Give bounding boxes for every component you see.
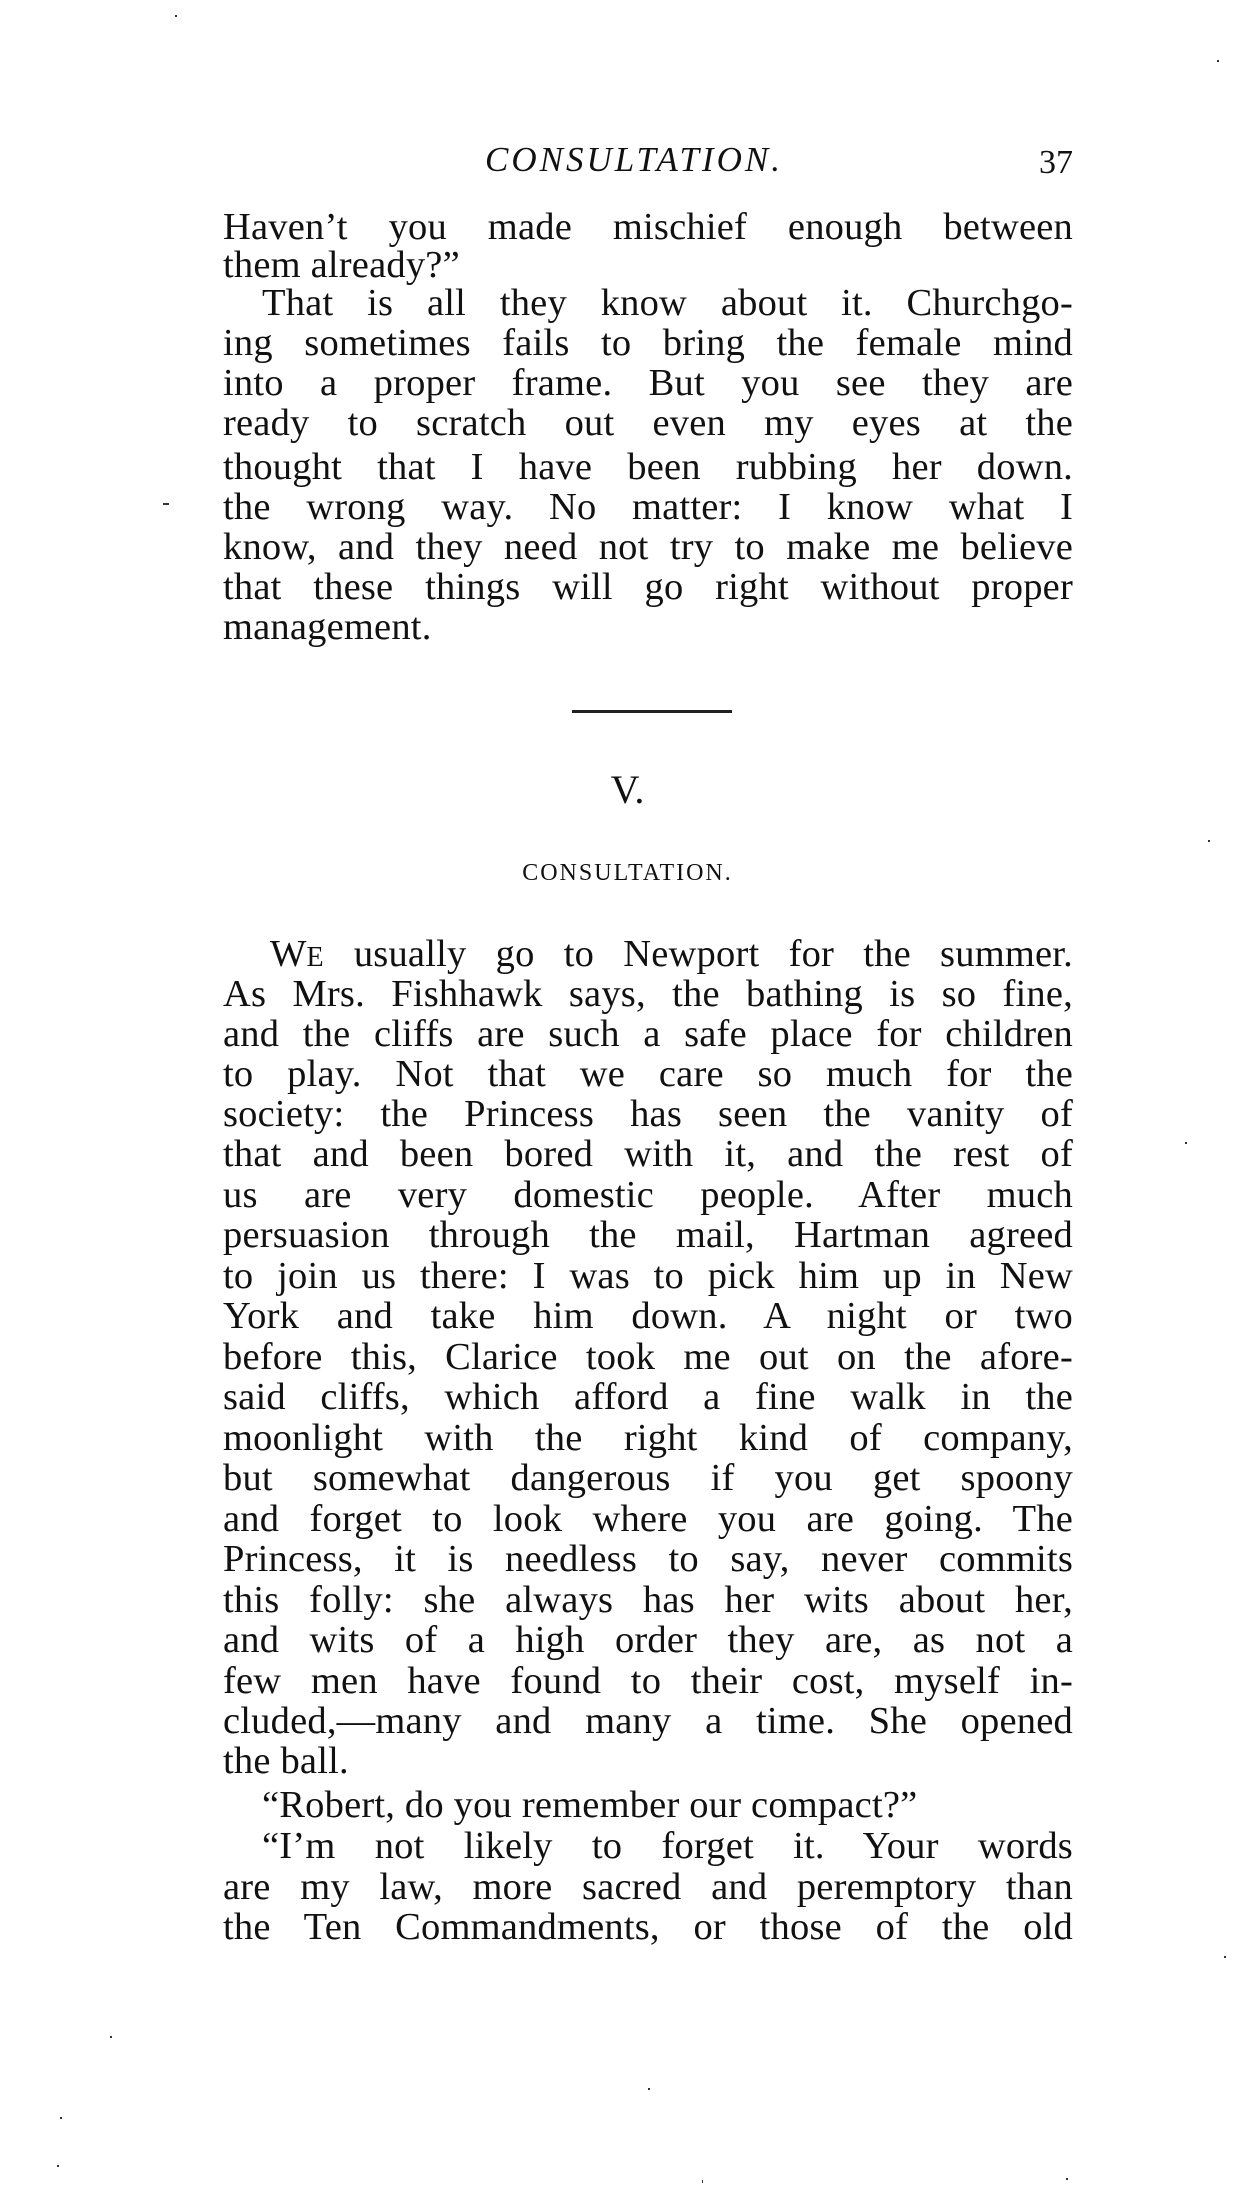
dialogue-line: “Robert, do you remember our compact?” (262, 1785, 1073, 1825)
text-line: ready to scratch out even my eyes at the (223, 403, 1073, 443)
text-line: but somewhat dangerous if you get spoony (223, 1458, 1073, 1498)
page-number: 37 (1039, 143, 1073, 183)
section-divider (572, 710, 732, 713)
text-line: know, and they need not try to make me b… (223, 527, 1073, 567)
text-line: that these things will go right without … (223, 567, 1073, 607)
text-line: us are very domestic people. After much (223, 1175, 1073, 1215)
text-line: to play. Not that we care so much for th… (223, 1054, 1073, 1094)
scan-mark (702, 2180, 703, 2183)
opening-word-e: E (307, 942, 325, 973)
text-line: to join us there: I was to pick him up i… (223, 1256, 1073, 1296)
text-line: cluded,—many and many a time. She opened (223, 1701, 1073, 1741)
text-line: and wits of a high order they are, as no… (223, 1620, 1073, 1660)
text-line: this folly: she always has her wits abou… (223, 1580, 1073, 1620)
scan-mark (163, 503, 169, 505)
scan-mark (175, 15, 177, 17)
text-line: ing sometimes fails to bring the female … (223, 323, 1073, 363)
dialogue-line: the Ten Commandments, or those of the ol… (223, 1907, 1073, 1947)
scan-mark (1224, 1956, 1226, 1958)
scan-mark (1217, 60, 1219, 62)
text-line: said cliffs, which afford a fine walk in… (223, 1377, 1073, 1417)
opening-line: WEWE usually go to Newport for the summe… (270, 934, 1073, 974)
scan-mark (648, 2088, 650, 2090)
scan-mark (60, 2117, 62, 2119)
text-line: into a proper frame. But you see they ar… (223, 363, 1073, 403)
text-line: management. (223, 607, 1073, 647)
opening-word: WEWE (270, 933, 325, 975)
text-line: and the cliffs are such a safe place for… (223, 1014, 1073, 1054)
text-line: before this, Clarice took me out on the … (223, 1337, 1073, 1377)
scan-mark (1185, 1142, 1187, 1144)
running-head: CONSULTATION. 37 (223, 140, 1073, 180)
book-page: CONSULTATION. 37 Haven’t you made mischi… (0, 0, 1245, 2191)
dialogue-line: “I’m not likely to forget it. Your words (262, 1826, 1073, 1866)
scan-mark (57, 2165, 59, 2167)
chapter-title: CONSULTATION. (0, 858, 1245, 888)
opening-word-w: W (270, 933, 307, 975)
scan-mark (110, 2036, 112, 2038)
chapter-number: V. (0, 770, 1245, 810)
text-line: that and been bored with it, and the res… (223, 1134, 1073, 1174)
scan-mark (1066, 2178, 1068, 2180)
opening-line-rest: usually go to Newport for the summer. (354, 933, 1073, 975)
scan-mark (1208, 840, 1210, 842)
text-line: the wrong way. No matter: I know what I (223, 487, 1073, 527)
text-line: thought that I have been rubbing her dow… (223, 447, 1073, 487)
text-line: society: the Princess has seen the vanit… (223, 1094, 1073, 1134)
text-line: As Mrs. Fishhawk says, the bathing is so… (223, 974, 1073, 1014)
text-line: them already?” (223, 245, 1073, 285)
text-line: persuasion through the mail, Hartman agr… (223, 1215, 1073, 1255)
dialogue-line: are my law, more sacred and peremptory t… (223, 1867, 1073, 1907)
text-line: Haven’t you made mischief enough between (223, 207, 1073, 247)
running-title: CONSULTATION. (485, 140, 783, 180)
text-line: York and take him down. A night or two (223, 1296, 1073, 1336)
text-line: few men have found to their cost, myself… (223, 1661, 1073, 1701)
text-line: Princess, it is needless to say, never c… (223, 1539, 1073, 1579)
text-line: and forget to look where you are going. … (223, 1499, 1073, 1539)
text-line: That is all they know about it. Churchgo… (262, 283, 1073, 323)
text-line: moonlight with the right kind of company… (223, 1418, 1073, 1458)
text-line: the ball. (223, 1741, 1073, 1781)
